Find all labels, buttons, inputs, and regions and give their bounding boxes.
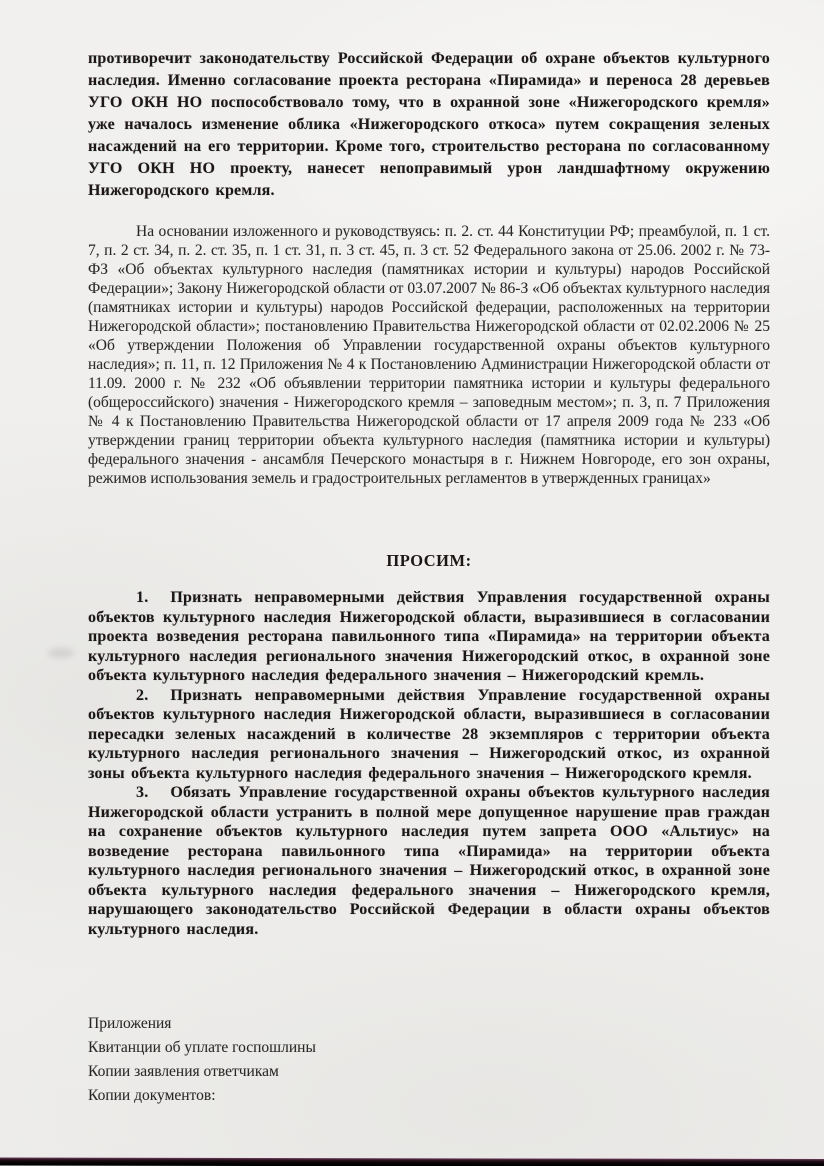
attachments-title: Приложения: [88, 1012, 770, 1036]
petition-items: 1.Признать неправомерными действия Управ…: [88, 588, 770, 939]
attachments-section: Приложения Квитанции об уплате госпошлин…: [88, 1012, 770, 1108]
attachment-line-3: Копии документов:: [88, 1084, 770, 1108]
petition-item-3-number: 3.: [136, 784, 148, 801]
petition-heading: ПРОСИМ:: [88, 550, 770, 572]
petition-item-1-text: Признать неправомерными действия Управле…: [88, 589, 770, 684]
scanner-edge-bar: [0, 1158, 824, 1166]
continuation-paragraph: противоречит законодательству Российской…: [88, 48, 770, 202]
scan-smudge: [48, 648, 74, 658]
scanned-document-page: противоречит законодательству Российской…: [0, 0, 824, 1166]
attachment-line-1: Квитанции об уплате госпошлины: [88, 1036, 770, 1060]
legal-basis-paragraph: На основании изложенного и руководствуяс…: [88, 222, 770, 488]
attachment-line-2: Копии заявления ответчикам: [88, 1060, 770, 1084]
document-content: противоречит законодательству Российской…: [88, 0, 770, 1166]
petition-item-2-text: Признать неправомерными действия Управле…: [88, 687, 770, 782]
petition-item-2-number: 2.: [136, 687, 148, 704]
petition-item-3: 3.Обязать Управление государственной охр…: [88, 783, 770, 939]
petition-item-3-text: Обязать Управление государственной охран…: [88, 784, 770, 938]
petition-item-1: 1.Признать неправомерными действия Управ…: [88, 588, 770, 686]
petition-item-2: 2.Признать неправомерными действия Управ…: [88, 686, 770, 784]
petition-item-1-number: 1.: [136, 589, 148, 606]
